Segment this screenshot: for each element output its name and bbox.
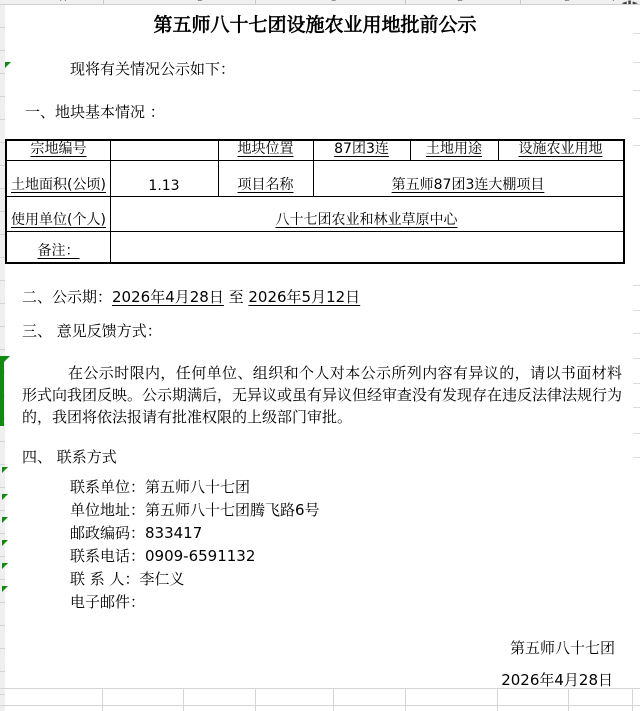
gridline: [405, 688, 406, 711]
contact-unit-line: 联系单位：第五师八十七团: [70, 476, 320, 499]
cell-error-triangle-icon: [5, 62, 11, 68]
gridline: [633, 145, 640, 146]
contact-block: 联系单位：第五师八十七团 单位地址：第五师八十七团腾飞路6号 邮政编码：8334…: [70, 476, 320, 614]
publicity-period-line: 二、公示期：2026年4月28日 至 2026年5月12日: [22, 288, 360, 306]
gridline: [633, 310, 640, 311]
gridline: [102, 688, 103, 711]
page-title: 第五师八十七团设施农业用地批前公示: [5, 13, 625, 37]
cell-error-triangle-icon: [2, 586, 8, 592]
gridline: [633, 118, 640, 119]
table-cell-parcel-number-label: 宗地编号: [7, 141, 110, 160]
spreadsheet-view: A B C D E F ◄▮► 第五师八十七团设施农业用地批前公: [0, 0, 640, 711]
column-separator: [405, 0, 406, 5]
gridline: [633, 33, 640, 34]
table-cell-land-use-label: 土地用途: [410, 141, 498, 160]
table-cell-project-name-value: 第五师87团3连大棚项目: [313, 160, 623, 196]
cell-error-triangle-icon: [2, 467, 8, 473]
gridline: [497, 688, 498, 711]
feedback-paragraph: 在公示时限内，任何单位、组织和个人对本公示所列内容有异议的，请以书面材料形式向我…: [22, 362, 622, 428]
intro-line: 现将有关情况公示如下：: [70, 60, 235, 78]
column-letter: E: [564, 0, 570, 4]
gridline: [633, 383, 640, 384]
contact-postcode-line: 邮政编码：833417: [70, 522, 320, 545]
publicity-period-prefix: 二、公示期：: [22, 288, 112, 306]
cell-error-triangle-icon: [2, 563, 8, 569]
cell-error-bar: [0, 356, 4, 426]
table-cell-location-value: 87团3连: [313, 141, 410, 160]
table-cell-remarks-value: [110, 231, 623, 262]
column-header-strip: A B C D E F ◄▮►: [0, 0, 640, 5]
column-letter: D: [457, 0, 464, 4]
cell-error-triangle-icon: [2, 517, 8, 523]
column-letter: F: [612, 0, 617, 4]
signature-date: 2026年4月28日: [501, 669, 613, 690]
column-separator: [520, 0, 521, 5]
table-cell-parcel-number-value: [110, 141, 218, 160]
column-separator: [103, 0, 104, 5]
contact-person-line: 联 系 人：李仁义: [70, 568, 320, 591]
contact-phone-line: 联系电话：0909-6591132: [70, 545, 320, 568]
column-letter: B: [197, 0, 203, 4]
signature-organization: 第五师八十七团: [510, 637, 615, 658]
cell-error-triangle-icon: [2, 540, 8, 546]
table-cell-remarks-label: 备注：: [7, 231, 110, 262]
column-separator: [255, 0, 256, 5]
gridline: [255, 688, 256, 711]
gridline: [633, 407, 640, 408]
cell-error-triangle-icon: [2, 494, 8, 500]
contact-email-line: 电子邮件：: [70, 591, 320, 614]
land-info-table: 宗地编号 地块位置 87团3连 土地用途 设施农业用地 土地面积(公顷) 1.1…: [5, 139, 625, 264]
gridline: [0, 705, 640, 706]
table-cell-user-value: 八十七团农业和林业草原中心: [110, 196, 623, 231]
gridline: [633, 457, 640, 458]
column-letter: A: [60, 0, 66, 4]
publicity-start-date: 2026年4月28日: [112, 288, 224, 306]
gridline: [633, 90, 640, 91]
section3-heading: 三、 意见反馈方式：: [22, 322, 162, 340]
column-letter: C: [330, 0, 336, 4]
cell-error-triangle-icon: [4, 356, 10, 362]
gridline: [632, 688, 633, 711]
table-cell-land-use-value: 设施农业用地: [498, 141, 623, 160]
publicity-period-separator: 至: [224, 288, 249, 306]
gridline: [633, 333, 640, 334]
gridline: [633, 62, 640, 63]
section4-heading: 四、 联系方式: [22, 448, 117, 466]
gridline: [633, 433, 640, 434]
scroll-split-icon[interactable]: ◄▮►: [621, 0, 639, 5]
publicity-end-date: 2026年5月12日: [248, 288, 360, 306]
table-cell-location-label: 地块位置: [218, 141, 313, 160]
section1-heading: 一、地块基本情况 ：: [25, 103, 165, 121]
gridline: [333, 688, 334, 711]
gridline: [568, 688, 569, 711]
gridline: [633, 285, 640, 286]
table-cell-project-name-label: 项目名称: [218, 160, 313, 196]
table-cell-area-label: 土地面积(公顷): [7, 160, 110, 196]
contact-address-line: 单位地址：第五师八十七团腾飞路6号: [70, 499, 320, 522]
table-cell-user-label: 使用单位(个人): [7, 196, 110, 231]
table-cell-area-value: 1.13: [110, 160, 218, 196]
gridline: [183, 688, 184, 711]
gridline: [633, 358, 640, 359]
